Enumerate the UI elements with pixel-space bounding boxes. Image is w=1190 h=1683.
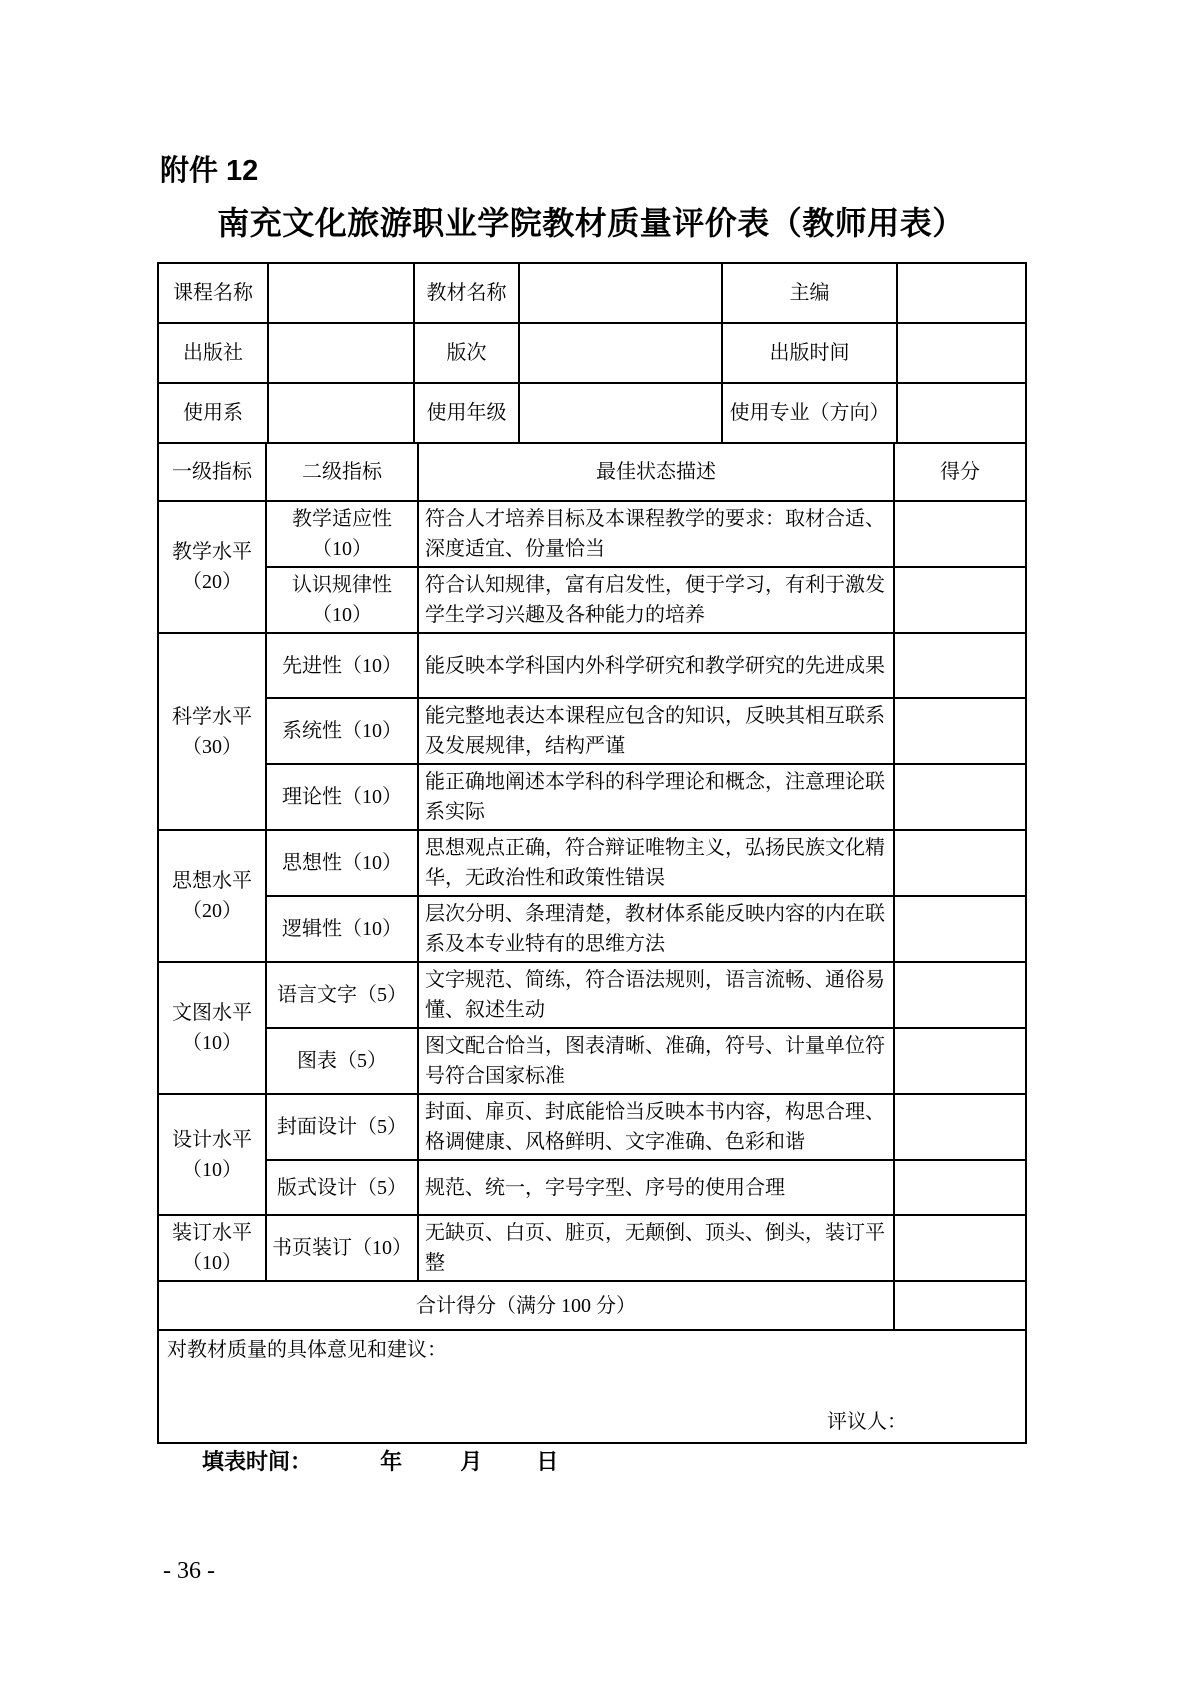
form-body: 课程名称 教材名称 主编 出版社 版次 出版时间 使用系 使用年级 使用 (157, 262, 1025, 1444)
info-row: 使用系 使用年级 使用专业（方向） (158, 383, 1026, 443)
description-cell: 能反映本学科国内外科学研究和教学研究的先进成果 (418, 633, 894, 698)
score-cell (894, 830, 1026, 896)
document-page: 附件 12 南充文化旅游职业学院教材质量评价表（教师用表） 课程名称 教材名称 … (0, 0, 1190, 1683)
eval-row: 逻辑性（10） 层次分明、条理清楚，教材体系能反映内容的内在联系及本专业特有的思… (158, 896, 1026, 962)
fill-date-line: 填表时间： 年 月 日 (157, 1445, 1025, 1476)
eval-row: 图表（5） 图文配合恰当，图表清晰、准确，符号、计量单位符号符合国家标准 (158, 1028, 1026, 1094)
comments-label: 对教材质量的具体意见和建议： (167, 1335, 1017, 1365)
textbook-name-label: 教材名称 (414, 263, 519, 323)
description-cell: 规范、统一，字号字型、序号的使用合理 (418, 1160, 894, 1215)
score-cell (894, 1028, 1026, 1094)
fill-date-year-label: 年 (380, 1449, 402, 1474)
score-cell (894, 567, 1026, 633)
description-cell: 符合人才培养目标及本课程教学的要求：取材合适、深度适宜、份量恰当 (418, 501, 894, 567)
eval-row: 文图水平（10） 语言文字（5） 文字规范、简练，符合语法规则，语言流畅、通俗易… (158, 962, 1026, 1028)
secondary-indicator-cell: 理论性（10） (266, 764, 418, 830)
info-row: 课程名称 教材名称 主编 (158, 263, 1026, 323)
secondary-indicator-cell: 书页装订（10） (266, 1215, 418, 1281)
score-cell (894, 633, 1026, 698)
eval-row: 科学水平（30） 先进性（10） 能反映本学科国内外科学研究和教学研究的先进成果 (158, 633, 1026, 698)
header-primary-indicator: 一级指标 (158, 443, 266, 501)
attachment-label: 附件 12 (160, 148, 258, 189)
header-secondary-indicator: 二级指标 (266, 443, 418, 501)
total-score-cell (894, 1281, 1026, 1330)
score-cell (894, 1215, 1026, 1281)
eval-row: 理论性（10） 能正确地阐述本学科的科学理论和概念，注意理论联系实际 (158, 764, 1026, 830)
publish-date-label: 出版时间 (722, 323, 897, 383)
secondary-indicator-cell: 教学适应性（10） (266, 501, 418, 567)
secondary-indicator-cell: 封面设计（5） (266, 1094, 418, 1160)
description-cell: 层次分明、条理清楚，教材体系能反映内容的内在联系及本专业特有的思维方法 (418, 896, 894, 962)
eval-row: 装订水平（10） 书页装订（10） 无缺页、白页、脏页，无颠倒、顶头、倒头，装订… (158, 1215, 1026, 1281)
primary-indicator-cell: 教学水平（20） (158, 501, 266, 633)
eval-row: 思想水平（20） 思想性（10） 思想观点正确，符合辩证唯物主义，弘扬民族文化精… (158, 830, 1026, 896)
fill-date-day-label: 日 (536, 1449, 558, 1474)
header-best-state: 最佳状态描述 (418, 443, 894, 501)
fill-date-month-label: 月 (460, 1449, 482, 1474)
total-score-row: 合计得分（满分 100 分） (158, 1281, 1026, 1330)
primary-indicator-cell: 文图水平（10） (158, 962, 266, 1094)
eval-header-row: 一级指标 二级指标 最佳状态描述 得分 (158, 443, 1026, 501)
description-cell: 能完整地表达本课程应包含的知识，反映其相互联系及发展规律，结构严谨 (418, 698, 894, 764)
grade-value-cell (519, 383, 722, 443)
secondary-indicator-cell: 系统性（10） (266, 698, 418, 764)
department-label: 使用系 (158, 383, 268, 443)
document-title: 南充文化旅游职业学院教材质量评价表（教师用表） (157, 198, 1025, 244)
eval-row: 教学水平（20） 教学适应性（10） 符合人才培养目标及本课程教学的要求：取材合… (158, 501, 1026, 567)
total-score-label: 合计得分（满分 100 分） (158, 1281, 894, 1330)
secondary-indicator-cell: 先进性（10） (266, 633, 418, 698)
major-value-cell (897, 383, 1026, 443)
eval-row: 版式设计（5） 规范、统一，字号字型、序号的使用合理 (158, 1160, 1026, 1215)
major-label: 使用专业（方向） (722, 383, 897, 443)
primary-indicator-cell: 科学水平（30） (158, 633, 266, 830)
score-cell (894, 1094, 1026, 1160)
publish-date-value-cell (897, 323, 1026, 383)
description-cell: 文字规范、简练，符合语法规则，语言流畅、通俗易懂、叙述生动 (418, 962, 894, 1028)
score-cell (894, 962, 1026, 1028)
info-table: 课程名称 教材名称 主编 出版社 版次 出版时间 使用系 使用年级 使用 (157, 262, 1027, 444)
secondary-indicator-cell: 图表（5） (266, 1028, 418, 1094)
fill-date-label: 填表时间： (202, 1449, 312, 1474)
chief-editor-value-cell (897, 263, 1026, 323)
grade-label: 使用年级 (414, 383, 519, 443)
score-cell (894, 896, 1026, 962)
course-name-label: 课程名称 (158, 263, 268, 323)
reviewer-label: 评议人： (167, 1407, 1017, 1437)
description-cell: 无缺页、白页、脏页，无颠倒、顶头、倒头，装订平整 (418, 1215, 894, 1281)
secondary-indicator-cell: 思想性（10） (266, 830, 418, 896)
publisher-value-cell (268, 323, 414, 383)
department-value-cell (268, 383, 414, 443)
header-score: 得分 (894, 443, 1026, 501)
edition-label: 版次 (414, 323, 519, 383)
secondary-indicator-cell: 语言文字（5） (266, 962, 418, 1028)
secondary-indicator-cell: 逻辑性（10） (266, 896, 418, 962)
publisher-label: 出版社 (158, 323, 268, 383)
evaluation-table: 一级指标 二级指标 最佳状态描述 得分 教学水平（20） 教学适应性（10） 符… (157, 442, 1027, 1444)
course-name-value-cell (268, 263, 414, 323)
eval-row: 认识规律性（10） 符合认知规律，富有启发性，便于学习，有利于激发学生学习兴趣及… (158, 567, 1026, 633)
description-cell: 能正确地阐述本学科的科学理论和概念，注意理论联系实际 (418, 764, 894, 830)
page-number: - 36 - (163, 1558, 215, 1585)
comments-cell: 对教材质量的具体意见和建议： 评议人： (158, 1330, 1026, 1443)
comments-row: 对教材质量的具体意见和建议： 评议人： (158, 1330, 1026, 1443)
score-cell (894, 1160, 1026, 1215)
secondary-indicator-cell: 版式设计（5） (266, 1160, 418, 1215)
score-cell (894, 501, 1026, 567)
description-cell: 思想观点正确，符合辩证唯物主义，弘扬民族文化精华，无政治性和政策性错误 (418, 830, 894, 896)
eval-row: 系统性（10） 能完整地表达本课程应包含的知识，反映其相互联系及发展规律，结构严… (158, 698, 1026, 764)
chief-editor-label: 主编 (722, 263, 897, 323)
description-cell: 封面、扉页、封底能恰当反映本书内容，构思合理、格调健康、风格鲜明、文字准确、色彩… (418, 1094, 894, 1160)
info-row: 出版社 版次 出版时间 (158, 323, 1026, 383)
description-cell: 符合认知规律，富有启发性，便于学习，有利于激发学生学习兴趣及各种能力的培养 (418, 567, 894, 633)
primary-indicator-cell: 装订水平（10） (158, 1215, 266, 1281)
primary-indicator-cell: 设计水平（10） (158, 1094, 266, 1215)
score-cell (894, 764, 1026, 830)
score-cell (894, 698, 1026, 764)
secondary-indicator-cell: 认识规律性（10） (266, 567, 418, 633)
edition-value-cell (519, 323, 722, 383)
primary-indicator-cell: 思想水平（20） (158, 830, 266, 962)
eval-row: 设计水平（10） 封面设计（5） 封面、扉页、封底能恰当反映本书内容，构思合理、… (158, 1094, 1026, 1160)
description-cell: 图文配合恰当，图表清晰、准确，符号、计量单位符号符合国家标准 (418, 1028, 894, 1094)
textbook-name-value-cell (519, 263, 722, 323)
